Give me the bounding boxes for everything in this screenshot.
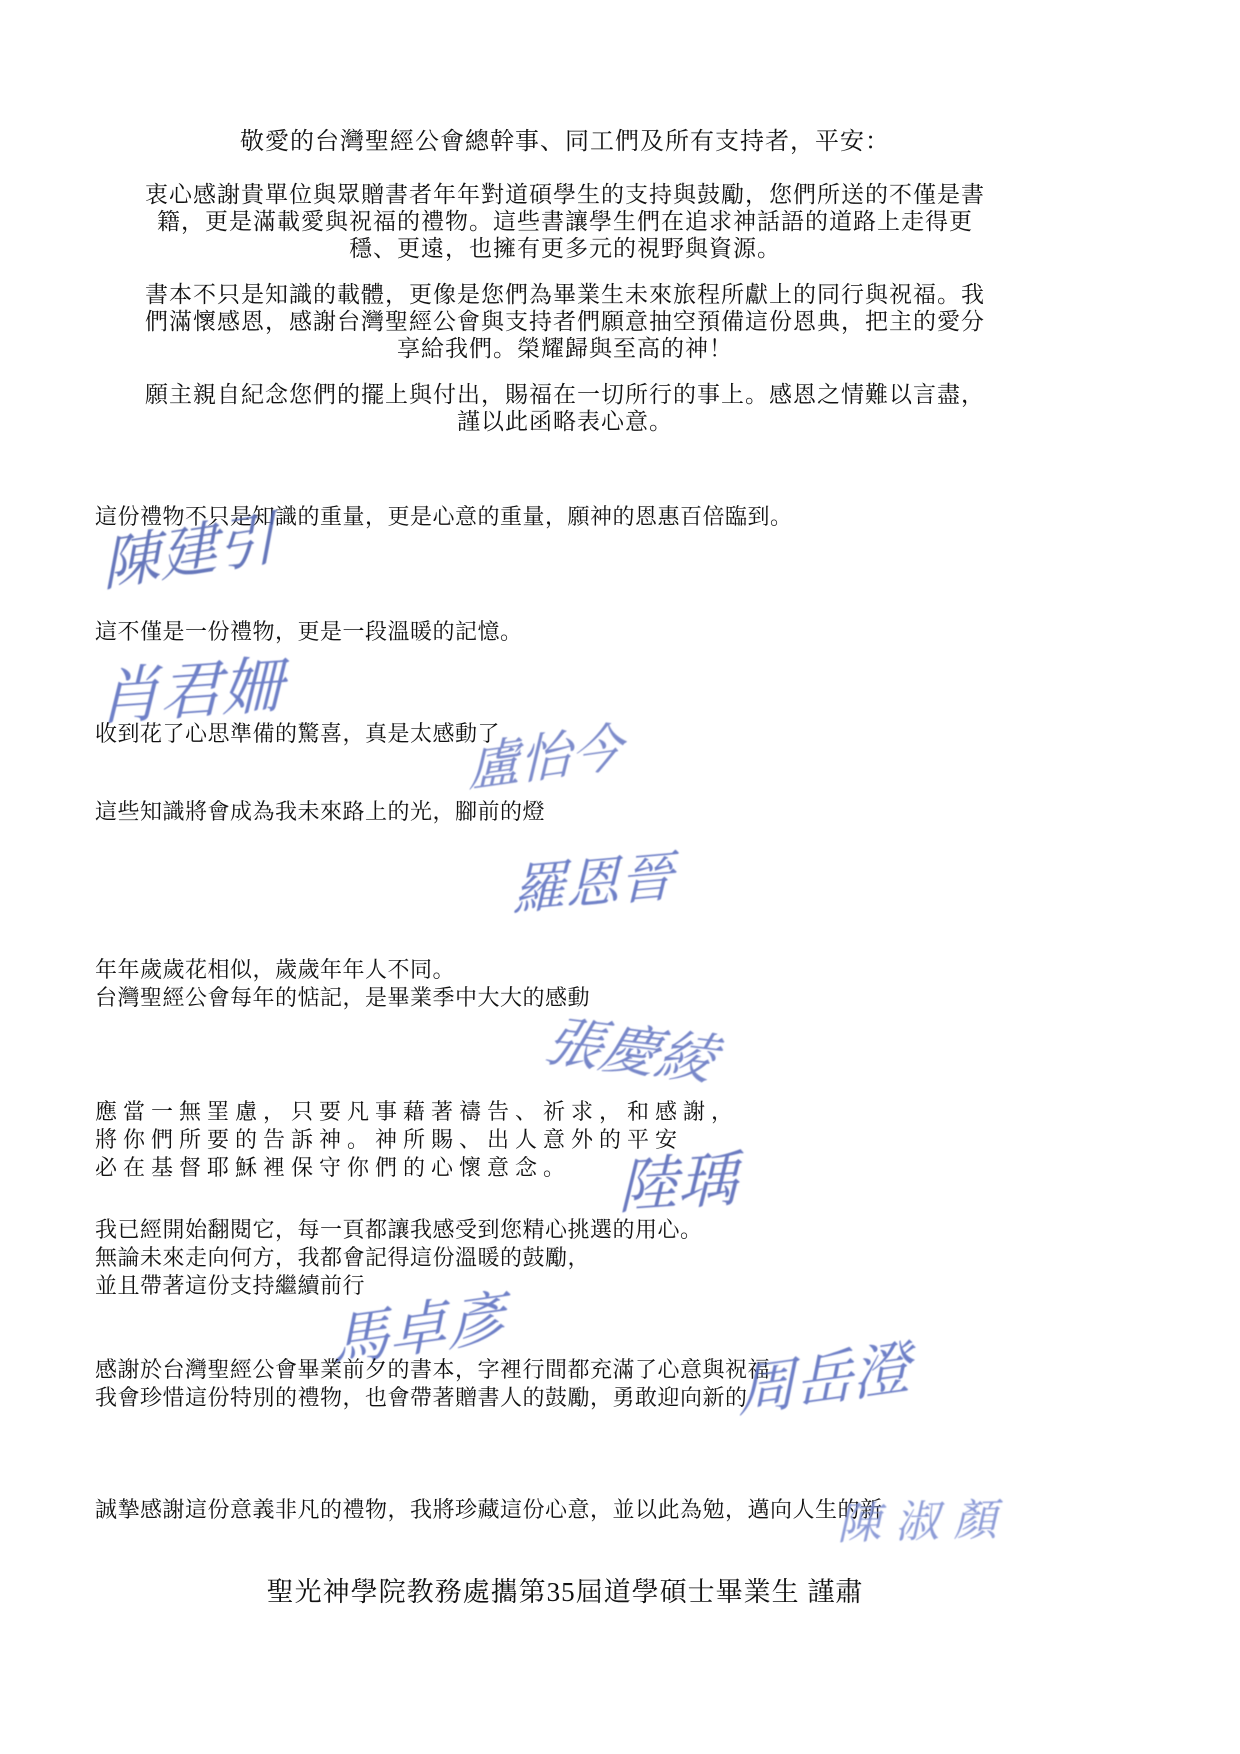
closing-signoff: 聖光神學院教務處攜第35屆道學碩士畢業生 謹肅 bbox=[60, 1576, 1070, 1608]
salutation: 敬愛的台灣聖經公會總幹事、同工們及所有支持者，平安： bbox=[60, 128, 1070, 156]
student-message-9-line-1: 誠摯感謝這份意義非凡的禮物，我將珍藏這份心意，並以此為勉，邁向人生的新 bbox=[95, 1496, 883, 1524]
student-message-5: 年年歲歲花相似，歲歲年年人不同。 台灣聖經公會每年的惦記，是畢業季中大大的感動 bbox=[95, 956, 590, 1012]
student-message-4: 這些知識將會成為我未來路上的光，腳前的燈 bbox=[95, 798, 545, 826]
student-message-6: 應當一無罣慮，只要凡事藉著禱告、祈求，和感謝， 將你們所要的告訴神。神所賜、出人… bbox=[95, 1098, 739, 1182]
paragraph-2-line-1: 書本不只是知識的載體，更像是您們為畢業生未來旅程所獻上的同行與祝福。我 bbox=[60, 281, 1070, 308]
student-message-2-line-1: 這不僅是一份禮物，更是一段溫暖的記憶。 bbox=[95, 618, 523, 646]
student-message-8-line-2: 我會珍惜這份特別的禮物，也會帶著贈書人的鼓勵，勇敢迎向新的 bbox=[95, 1384, 770, 1412]
handwritten-signature-4: 羅恩晉 bbox=[512, 834, 673, 925]
student-message-4-line-1: 這些知識將會成為我未來路上的光，腳前的燈 bbox=[95, 798, 545, 826]
student-message-6-line-3: 必在基督耶穌裡保守你們的心懷意念。 bbox=[95, 1154, 739, 1182]
handwritten-signature-5: 張慶綾 bbox=[536, 998, 726, 1096]
paragraph-1-line-1: 衷心感謝貴單位與眾贈書者年年對道碩學生的支持與鼓勵，您們所送的不僅是書 bbox=[60, 181, 1070, 208]
student-message-9: 誠摯感謝這份意義非凡的禮物，我將珍藏這份心意，並以此為勉，邁向人生的新 bbox=[95, 1496, 883, 1524]
student-message-7-line-2: 無論未來走向何方，我都會記得這份溫暖的鼓勵， bbox=[95, 1244, 703, 1272]
paragraph-2: 書本不只是知識的載體，更像是您們為畢業生未來旅程所獻上的同行與祝福。我 們滿懷感… bbox=[60, 281, 1070, 362]
student-message-8-line-1: 感謝於台灣聖經公會畢業前夕的書本，字裡行間都充滿了心意與祝福 bbox=[95, 1356, 770, 1384]
student-message-7: 我已經開始翻閱它，每一頁都讓我感受到您精心挑選的用心。 無論未來走向何方，我都會… bbox=[95, 1216, 703, 1300]
student-message-8: 感謝於台灣聖經公會畢業前夕的書本，字裡行間都充滿了心意與祝福 我會珍惜這份特別的… bbox=[95, 1356, 770, 1412]
student-message-1-line-1: 這份禮物不只是知識的重量，更是心意的重量，願神的恩惠百倍臨到。 bbox=[95, 503, 793, 531]
student-message-2: 這不僅是一份禮物，更是一段溫暖的記憶。 bbox=[95, 618, 523, 646]
paragraph-1-line-2: 籍，更是滿載愛與祝福的禮物。這些書讓學生們在追求神話語的道路上走得更 bbox=[60, 208, 1070, 235]
paragraph-3: 願主親自紀念您們的擺上與付出，賜福在一切所行的事上。感恩之情難以言盡， 謹以此函… bbox=[60, 381, 1070, 435]
student-message-5-line-2: 台灣聖經公會每年的惦記，是畢業季中大大的感動 bbox=[95, 984, 590, 1012]
student-message-7-line-3: 並且帶著這份支持繼續前行 bbox=[95, 1272, 703, 1300]
student-message-6-line-2: 將你們所要的告訴神。神所賜、出人意外的平安 bbox=[95, 1126, 739, 1154]
paragraph-3-line-1: 願主親自紀念您們的擺上與付出，賜福在一切所行的事上。感恩之情難以言盡， bbox=[60, 381, 1070, 408]
paragraph-1: 衷心感謝貴單位與眾贈書者年年對道碩學生的支持與鼓勵，您們所送的不僅是書 籍，更是… bbox=[60, 181, 1070, 262]
closing-block: 聖光神學院教務處攜第35屆道學碩士畢業生 謹肅 bbox=[60, 1576, 1070, 1608]
handwritten-signature-3: 盧怡今 bbox=[468, 704, 622, 801]
student-message-7-line-1: 我已經開始翻閱它，每一頁都讓我感受到您精心挑選的用心。 bbox=[95, 1216, 703, 1244]
student-message-3-line-1: 收到花了心思準備的驚喜，真是太感動了 bbox=[95, 720, 500, 748]
student-message-6-line-1: 應當一無罣慮，只要凡事藉著禱告、祈求，和感謝， bbox=[95, 1098, 739, 1126]
student-message-1: 這份禮物不只是知識的重量，更是心意的重量，願神的恩惠百倍臨到。 bbox=[95, 503, 793, 531]
student-message-5-line-1: 年年歲歲花相似，歲歲年年人不同。 bbox=[95, 956, 590, 984]
paragraph-2-line-2: 們滿懷感恩，感謝台灣聖經公會與支持者們願意抽空預備這份恩典，把主的愛分 bbox=[60, 308, 1070, 335]
paragraph-1-line-3: 穩、更遠，也擁有更多元的視野與資源。 bbox=[60, 235, 1070, 262]
thank-you-letter-page: 敬愛的台灣聖經公會總幹事、同工們及所有支持者，平安： 衷心感謝貴單位與眾贈書者年… bbox=[0, 0, 1240, 1754]
salutation-block: 敬愛的台灣聖經公會總幹事、同工們及所有支持者，平安： bbox=[60, 128, 1070, 156]
paragraph-3-line-2: 謹以此函略表心意。 bbox=[60, 408, 1070, 435]
student-message-3: 收到花了心思準備的驚喜，真是太感動了 bbox=[95, 720, 500, 748]
paragraph-2-line-3: 享給我們。榮耀歸與至高的神！ bbox=[60, 335, 1070, 362]
